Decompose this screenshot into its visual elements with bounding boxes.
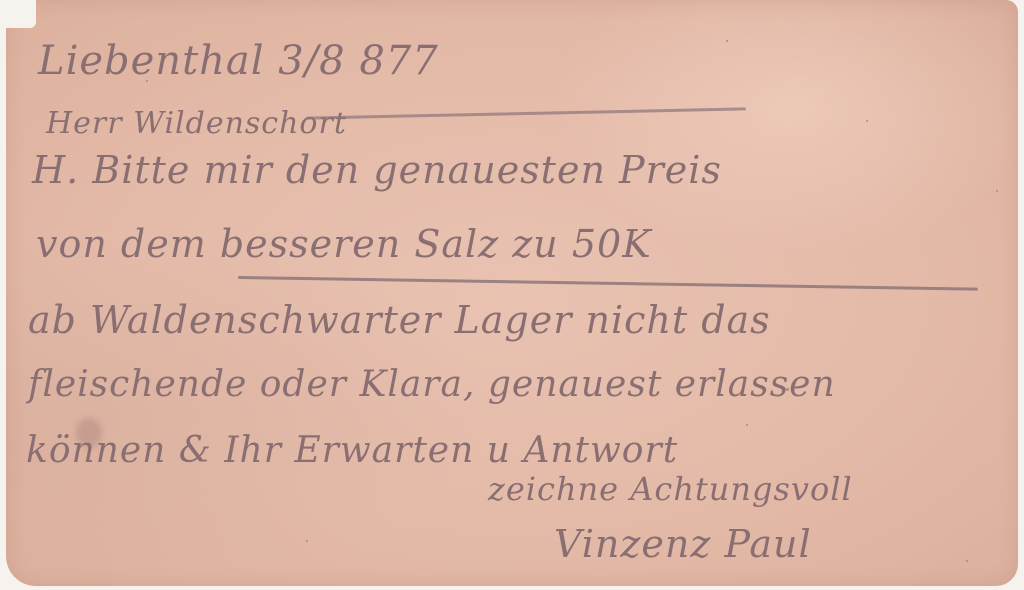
paper-speck — [866, 120, 868, 122]
closing-line: zeichne Achtungsvoll — [488, 470, 853, 508]
addressee-line: Herr Wildenschort — [46, 106, 347, 141]
paper-speck — [746, 424, 748, 426]
body-line-3: ab Waldenschwarter Lager nicht das — [28, 298, 771, 342]
signature: Vinzenz Paul — [554, 522, 812, 566]
paper-speck — [726, 40, 728, 42]
heading-place-date: Liebenthal 3/8 877 — [38, 38, 439, 84]
paper-speck — [996, 190, 998, 192]
body-line-1: H. Bitte mir den genauesten Preis — [32, 148, 722, 192]
torn-corner — [0, 0, 36, 28]
body-line-4: fleischende oder Klara, genauest erlasse… — [28, 364, 836, 405]
body-line-5: können & Ihr Erwarten u Antwort — [26, 430, 678, 471]
ink-underline — [238, 276, 978, 291]
ink-flourish — [306, 107, 746, 119]
postcard-paper: Liebenthal 3/8 877 Herr Wildenschort H. … — [6, 0, 1018, 586]
paper-speck — [306, 540, 308, 542]
scanned-postcard: Liebenthal 3/8 877 Herr Wildenschort H. … — [0, 0, 1024, 590]
body-line-2: von dem besseren Salz zu 50K — [36, 222, 652, 266]
paper-speck — [966, 560, 968, 562]
